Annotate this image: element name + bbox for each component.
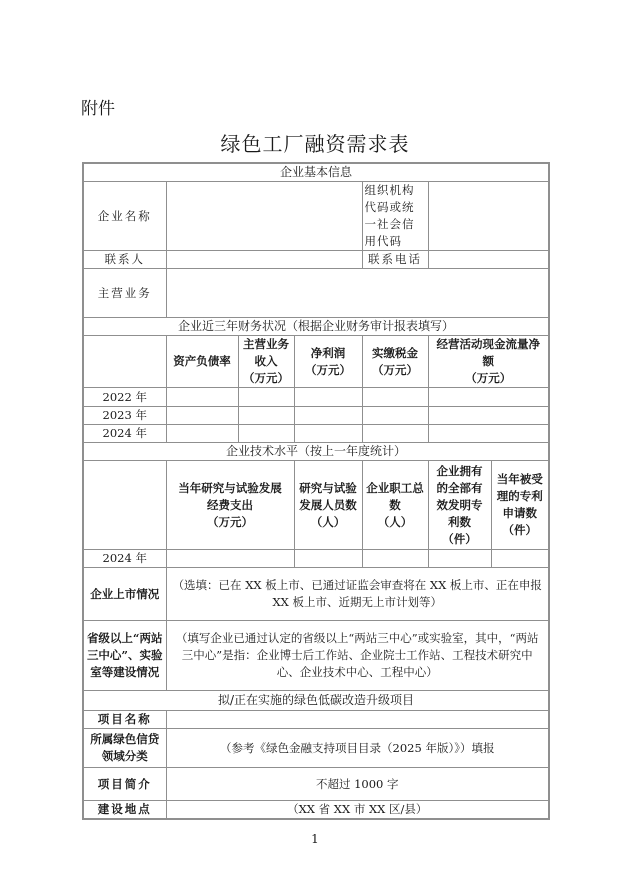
cash-flow-field[interactable] (428, 407, 549, 425)
labs-field[interactable]: （填写企业已通过认定的省级以上“两站三中心”或实验室，其中，“两站三中心”是指：… (166, 621, 549, 691)
section-technology: 企业技术水平（按上一年度统计） (83, 443, 549, 461)
page-number: 1 (0, 832, 630, 846)
revenue-field[interactable] (238, 388, 294, 407)
financial-col-revenue: 主营业务 收入 （万元） (238, 336, 294, 388)
project-name-label: 项目名称 (83, 711, 166, 729)
cash-flow-field[interactable] (428, 425, 549, 443)
year-label: 2024 年 (83, 550, 166, 568)
debt-ratio-field[interactable] (166, 425, 238, 443)
net-profit-field[interactable] (294, 388, 362, 407)
phone-field[interactable] (428, 251, 549, 269)
revenue-field[interactable] (238, 425, 294, 443)
company-name-field[interactable] (166, 182, 362, 251)
year-label: 2022 年 (83, 388, 166, 407)
section-financial: 企业近三年财务状况（根据企业财务审计报表填写） (83, 318, 549, 336)
tech-col-rd-staff: 研究与试验 发展人员数 （人） (294, 461, 362, 550)
rd-staff-field[interactable] (294, 550, 362, 568)
category-label: 所属绿色信贷领域分类 (83, 729, 166, 768)
financial-row-2022: 2022 年 (83, 388, 549, 407)
main-business-field[interactable] (166, 269, 549, 318)
project-name-field[interactable] (166, 711, 549, 729)
cash-flow-field[interactable] (428, 388, 549, 407)
contact-field[interactable] (166, 251, 362, 269)
tax-paid-field[interactable] (362, 388, 428, 407)
tax-paid-field[interactable] (362, 425, 428, 443)
listing-label: 企业上市情况 (83, 568, 166, 621)
intro-field[interactable]: 不超过 1000 字 (166, 768, 549, 801)
financial-col-cash-flow: 经营活动现金流量净 额 （万元） (428, 336, 549, 388)
year-label: 2024 年 (83, 425, 166, 443)
section-basic-info: 企业基本信息 (83, 163, 549, 182)
document-title: 绿色工厂融资需求表 (0, 128, 630, 157)
contact-label: 联系人 (83, 251, 166, 269)
technology-corner-cell (83, 461, 166, 550)
company-name-label: 企业名称 (83, 182, 166, 251)
revenue-field[interactable] (238, 407, 294, 425)
location-label: 建设地点 (83, 801, 166, 820)
tech-col-rd-expense: 当年研究与试验发展 经费支出 （万元） (166, 461, 294, 550)
tech-col-valid-patents: 企业拥有 的全部有 效发明专 利数 （件） (428, 461, 491, 550)
rd-expense-field[interactable] (166, 550, 294, 568)
patent-applications-field[interactable] (491, 550, 549, 568)
labs-label: 省级以上“两站三中心”、实验室等建设情况 (83, 621, 166, 691)
location-field[interactable]: （XX 省 XX 市 XX 区/县） (166, 801, 549, 820)
intro-label: 项目简介 (83, 768, 166, 801)
total-employees-field[interactable] (362, 550, 428, 568)
financial-corner-cell (83, 336, 166, 388)
technology-row-2024: 2024 年 (83, 550, 549, 568)
net-profit-field[interactable] (294, 407, 362, 425)
tech-col-patent-applications: 当年被受 理的专利 申请数 （件） (491, 461, 549, 550)
debt-ratio-field[interactable] (166, 407, 238, 425)
listing-field[interactable]: （选填：已在 XX 板上市、已通过证监会审查将在 XX 板上市、正在申报 XX … (166, 568, 549, 621)
financial-row-2024: 2024 年 (83, 425, 549, 443)
valid-patents-field[interactable] (428, 550, 491, 568)
financial-col-net-profit: 净利润 （万元） (294, 336, 362, 388)
financial-row-2023: 2023 年 (83, 407, 549, 425)
phone-label: 联系电话 (362, 251, 428, 269)
net-profit-field[interactable] (294, 425, 362, 443)
year-label: 2023 年 (83, 407, 166, 425)
attachment-label: 附件 (81, 94, 115, 119)
debt-ratio-field[interactable] (166, 388, 238, 407)
category-field[interactable]: （参考《绿色金融支持项目目录（2025 年版）》）填报 (166, 729, 549, 768)
org-code-label: 组织机构代码或统一社会信用代码 (362, 182, 428, 251)
tax-paid-field[interactable] (362, 407, 428, 425)
tech-col-total-employees: 企业职工总 数 （人） (362, 461, 428, 550)
financial-col-tax-paid: 实缴税金 （万元） (362, 336, 428, 388)
org-code-field[interactable] (428, 182, 549, 251)
financing-demand-table: 企业基本信息 企业名称 组织机构代码或统一社会信用代码 联系人 联系电话 主营业… (82, 162, 550, 820)
section-project: 拟/正在实施的绿色低碳改造升级项目 (83, 691, 549, 711)
financial-col-debt-ratio: 资产负债率 (166, 336, 238, 388)
main-business-label: 主营业务 (83, 269, 166, 318)
